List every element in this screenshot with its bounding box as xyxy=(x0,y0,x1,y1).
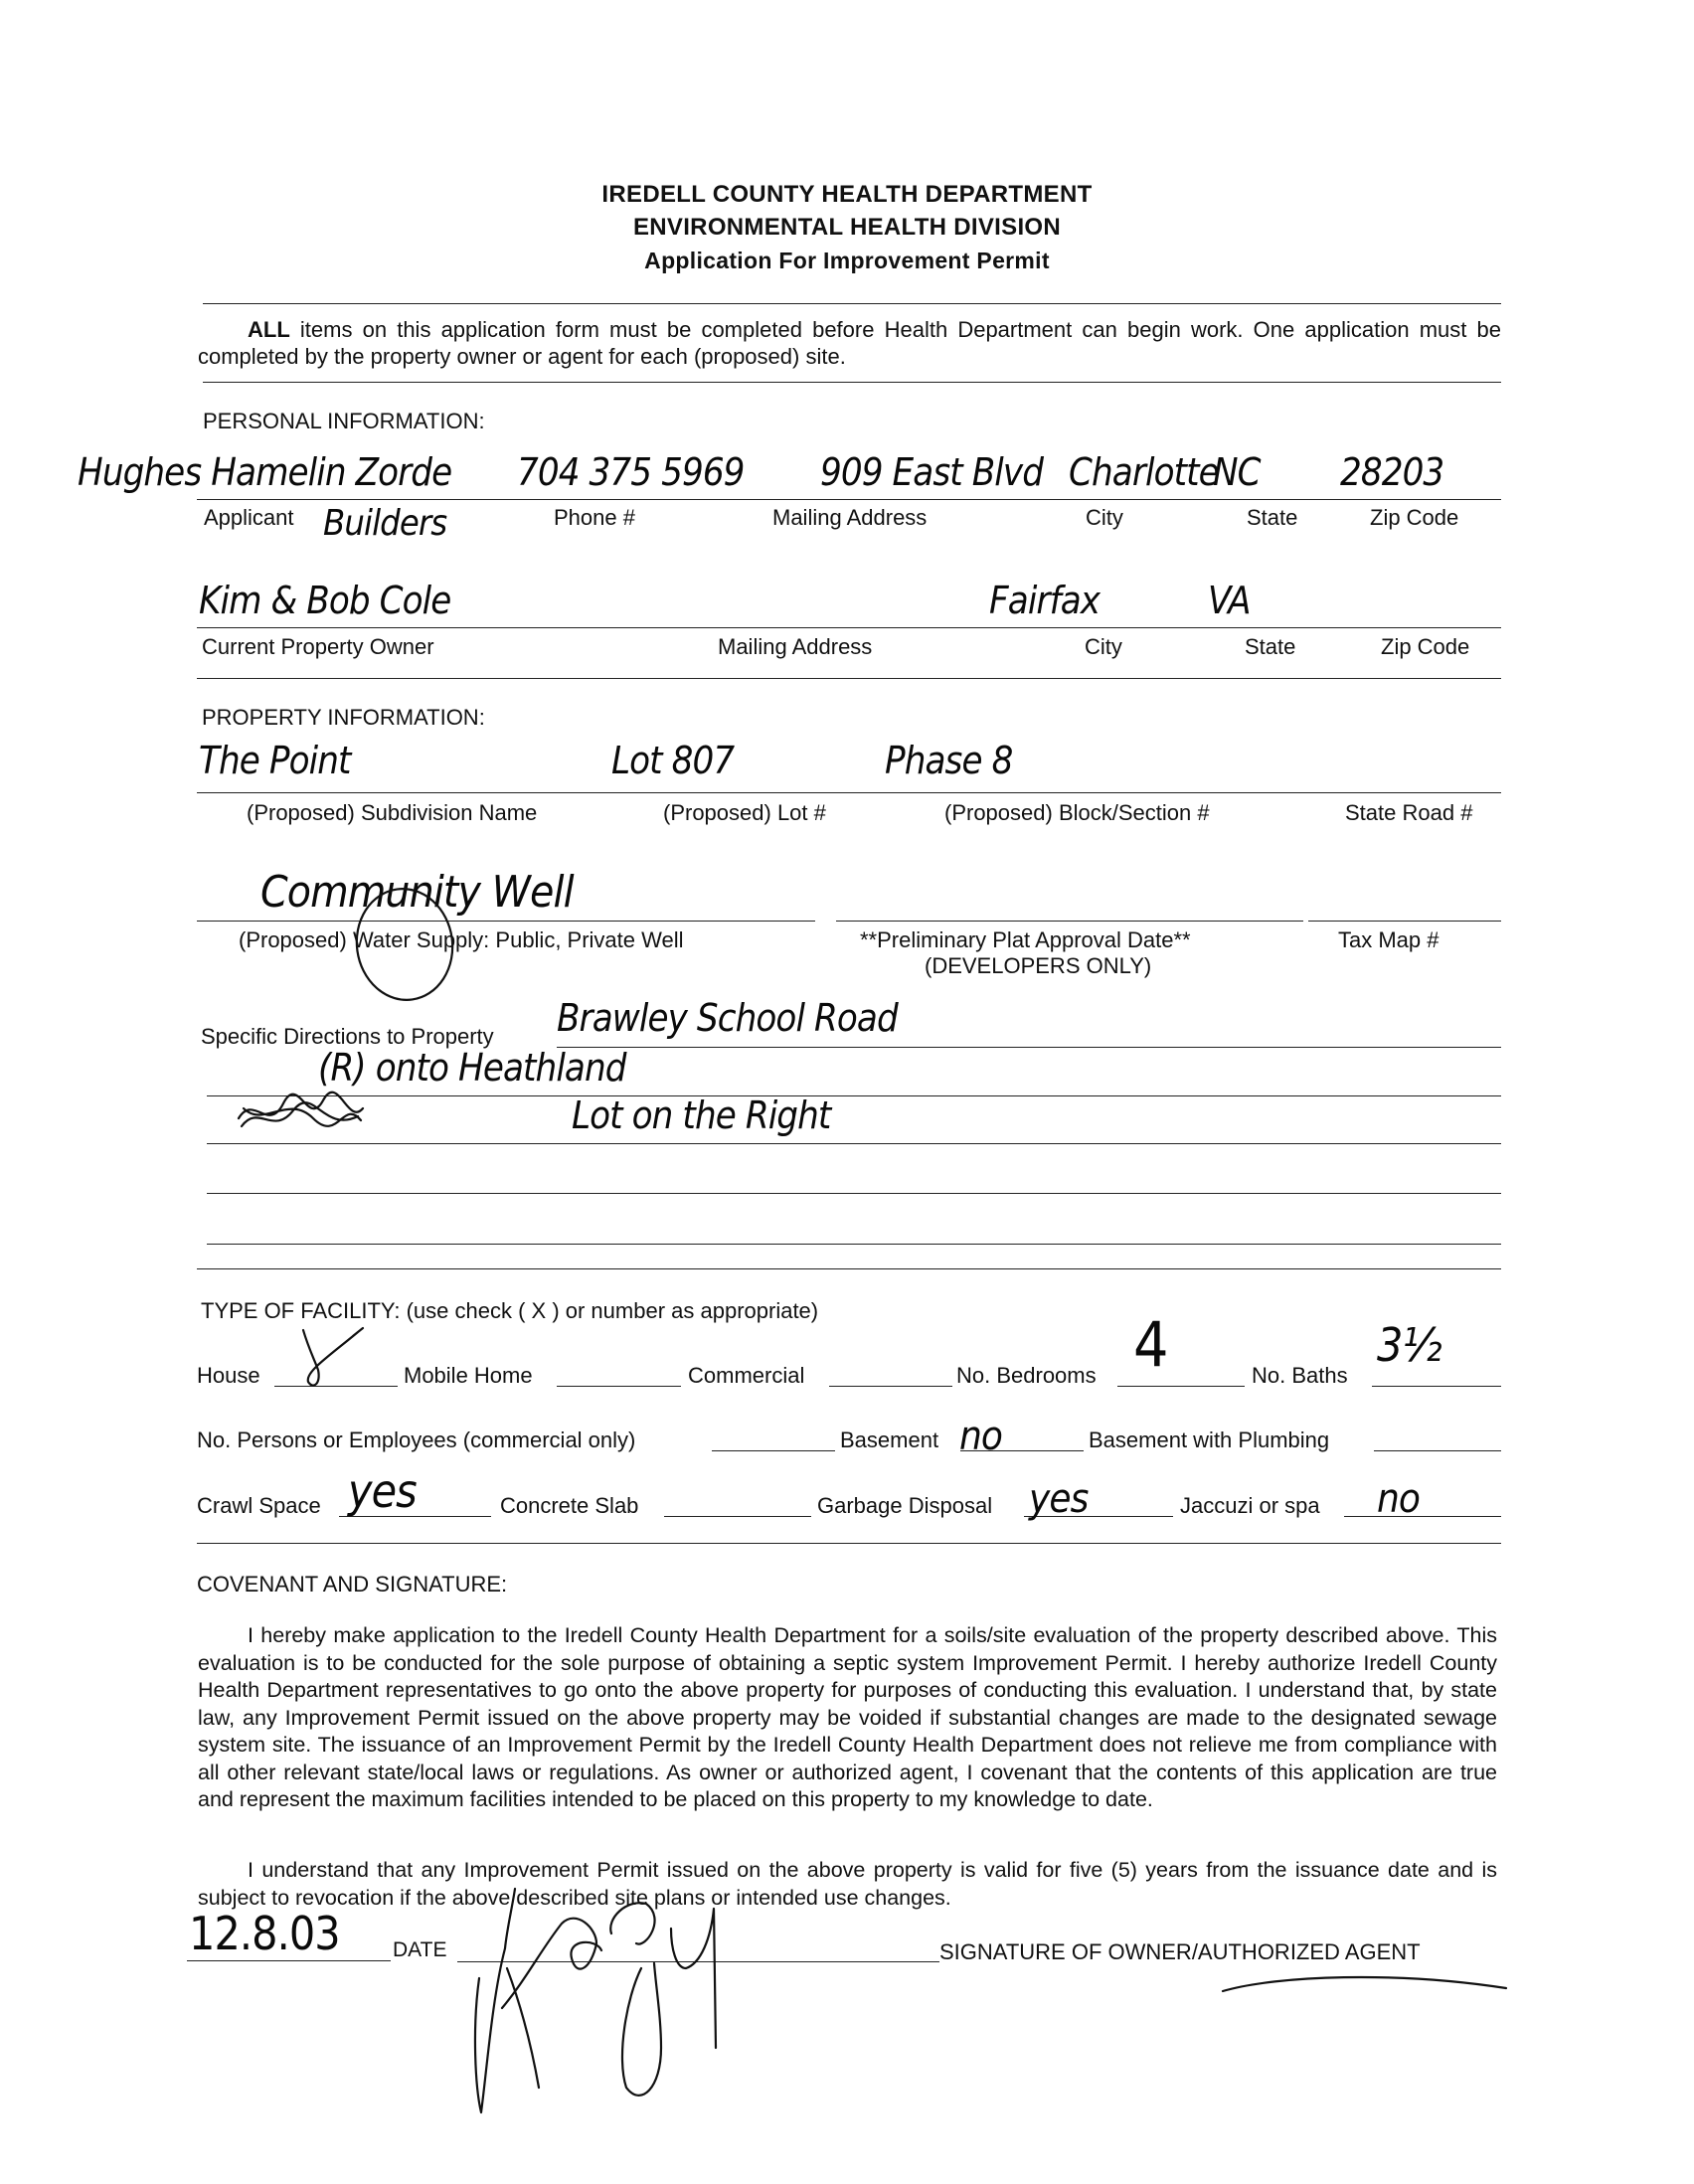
basement-plumbing-label: Basement with Plumbing xyxy=(1089,1428,1329,1453)
bedrooms-field[interactable]: 4 xyxy=(1133,1308,1168,1381)
block-section-label: (Proposed) Block/Section # xyxy=(944,800,1210,826)
crawl-space-label: Crawl Space xyxy=(197,1493,321,1519)
persons-employees-line xyxy=(712,1450,835,1451)
baths-line xyxy=(1372,1386,1501,1387)
phone-field[interactable]: 704 375 5969 xyxy=(517,450,745,494)
bedrooms-line xyxy=(1117,1386,1245,1387)
applicant-row-line xyxy=(197,499,1501,500)
subdivision-name-field[interactable]: The Point xyxy=(199,739,351,782)
directions-line-4 xyxy=(207,1193,1501,1194)
intro-instructions: ALL items on this application form must … xyxy=(198,316,1501,370)
applicant-label: Applicant xyxy=(204,505,294,531)
owner-state-label: State xyxy=(1245,634,1295,660)
persons-employees-label: No. Persons or Employees (commercial onl… xyxy=(197,1428,635,1453)
baths-field[interactable]: 3½ xyxy=(1377,1318,1441,1372)
covenant-paragraph-1: I hereby make application to the Iredell… xyxy=(198,1622,1497,1814)
applicant-field-line2[interactable]: Builders xyxy=(323,503,446,544)
directions-field-1[interactable]: Brawley School Road xyxy=(557,996,898,1040)
property-row1-line xyxy=(197,792,1501,793)
block-section-field[interactable]: Phase 8 xyxy=(885,739,1012,782)
directions-field-2[interactable]: (R) onto Heathland xyxy=(318,1046,626,1090)
division-title: ENVIRONMENTAL HEALTH DIVISION xyxy=(0,214,1694,242)
covenant-text-1: I hereby make application to the Iredell… xyxy=(198,1623,1497,1811)
mobile-home-line xyxy=(557,1386,681,1387)
covenant-paragraph-2: I understand that any Improvement Permit… xyxy=(198,1857,1497,1912)
jacuzzi-line xyxy=(1344,1516,1501,1517)
owner-city-label: City xyxy=(1085,634,1122,660)
directions-line-5 xyxy=(207,1244,1501,1245)
applicant-mailing-address-field[interactable]: 909 East Blvd xyxy=(820,450,1043,494)
covenant-text-2: I understand that any Improvement Permit… xyxy=(198,1858,1497,1910)
tax-map-label: Tax Map # xyxy=(1338,927,1440,953)
date-label: DATE xyxy=(393,1938,446,1962)
basement-field[interactable]: no xyxy=(959,1414,1002,1459)
owner-city-field[interactable]: Fairfax xyxy=(989,579,1100,622)
applicant-city-field[interactable]: Charlotte xyxy=(1069,450,1219,494)
signature-mark[interactable] xyxy=(467,1889,765,2137)
phone-label: Phone # xyxy=(554,505,635,531)
plat-approval-label: **Preliminary Plat Approval Date** xyxy=(860,927,1191,953)
directions-field-3[interactable]: Lot on the Right xyxy=(572,1093,830,1137)
date-line xyxy=(187,1960,391,1961)
mailing-address-label: Mailing Address xyxy=(772,505,927,531)
water-supply-line xyxy=(197,921,815,922)
house-check-mark xyxy=(283,1322,383,1392)
directions-line-2 xyxy=(207,1095,1501,1096)
garbage-disposal-field[interactable]: yes xyxy=(1029,1476,1089,1522)
divider xyxy=(203,303,1501,304)
lot-number-field[interactable]: Lot 807 xyxy=(611,739,734,782)
house-label: House xyxy=(197,1363,260,1389)
crawl-space-field[interactable]: yes xyxy=(348,1464,417,1518)
basement-plumbing-line xyxy=(1374,1450,1501,1451)
developers-only-label: (DEVELOPERS ONLY) xyxy=(925,953,1151,979)
concrete-slab-label: Concrete Slab xyxy=(500,1493,638,1519)
intro-text: items on this application form must be c… xyxy=(198,317,1501,369)
state-road-label: State Road # xyxy=(1345,800,1472,826)
lot-number-label: (Proposed) Lot # xyxy=(663,800,826,826)
intro-bold-lead: ALL xyxy=(248,317,290,342)
garbage-disposal-label: Garbage Disposal xyxy=(817,1493,992,1519)
plat-date-line xyxy=(836,921,1303,922)
zip-code-label: Zip Code xyxy=(1370,505,1458,531)
form-title: Application For Improvement Permit xyxy=(0,248,1694,274)
concrete-slab-line xyxy=(664,1516,811,1517)
public-circled-mark xyxy=(298,875,497,1024)
scribble-out-mark xyxy=(234,1089,373,1138)
jacuzzi-field[interactable]: no xyxy=(1377,1476,1420,1522)
commercial-line xyxy=(829,1386,952,1387)
divider xyxy=(197,1268,1501,1269)
covenant-heading: COVENANT AND SIGNATURE: xyxy=(197,1572,507,1597)
property-owner-field[interactable]: Kim & Bob Cole xyxy=(199,579,450,622)
tax-map-line xyxy=(1308,921,1501,922)
applicant-zip-field[interactable]: 28203 xyxy=(1340,450,1443,494)
divider xyxy=(197,1543,1501,1544)
applicant-field[interactable]: Hughes Hamelin Zorde xyxy=(78,450,451,494)
state-label: State xyxy=(1247,505,1297,531)
owner-mailing-address-label: Mailing Address xyxy=(718,634,872,660)
owner-row-line xyxy=(197,627,1501,628)
directions-line-1 xyxy=(557,1047,1501,1048)
bedrooms-label: No. Bedrooms xyxy=(956,1363,1097,1389)
applicant-state-field[interactable]: NC xyxy=(1213,450,1261,494)
owner-state-field[interactable]: VA xyxy=(1208,579,1251,622)
personal-info-heading: PERSONAL INFORMATION: xyxy=(203,409,485,434)
mobile-home-label: Mobile Home xyxy=(404,1363,533,1389)
signature-label: SIGNATURE OF OWNER/AUTHORIZED AGENT xyxy=(939,1939,1421,1965)
directions-line-3 xyxy=(207,1143,1501,1144)
jacuzzi-label: Jaccuzi or spa xyxy=(1180,1493,1320,1519)
signature-underline-mark xyxy=(1218,1973,1516,2003)
department-title: IREDELL COUNTY HEALTH DEPARTMENT xyxy=(0,181,1694,209)
commercial-label: Commercial xyxy=(688,1363,804,1389)
divider xyxy=(203,382,1501,383)
city-label: City xyxy=(1086,505,1123,531)
divider xyxy=(197,678,1501,679)
date-field[interactable]: 12.8.03 xyxy=(189,1907,340,1960)
current-owner-label: Current Property Owner xyxy=(202,634,434,660)
owner-zip-code-label: Zip Code xyxy=(1381,634,1469,660)
baths-label: No. Baths xyxy=(1252,1363,1348,1389)
subdivision-name-label: (Proposed) Subdivision Name xyxy=(247,800,537,826)
property-info-heading: PROPERTY INFORMATION: xyxy=(202,705,485,731)
facility-heading: TYPE OF FACILITY: (use check ( X ) or nu… xyxy=(201,1298,818,1324)
basement-label: Basement xyxy=(840,1428,938,1453)
